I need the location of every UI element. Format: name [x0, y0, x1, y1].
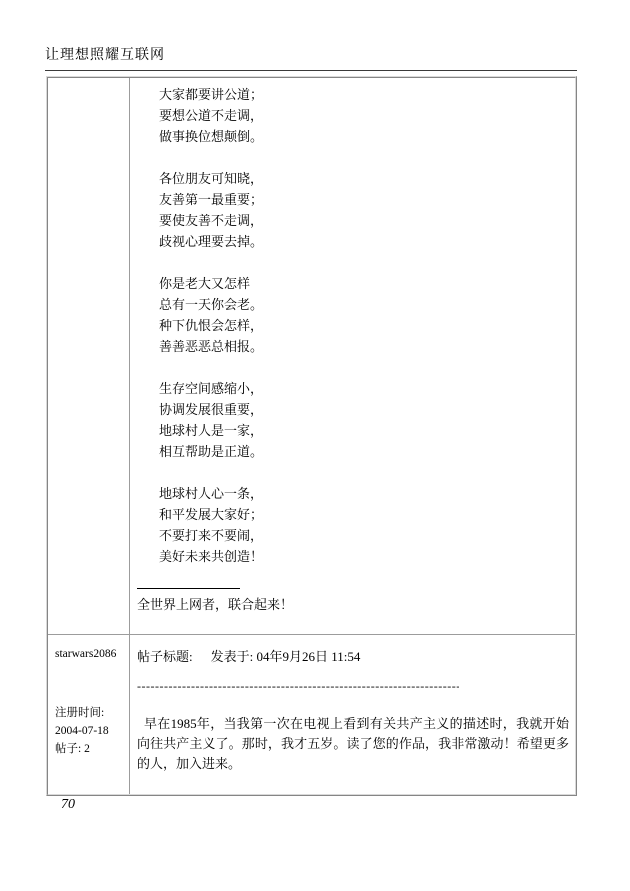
- poem-line: 相互帮助是正道。: [159, 441, 567, 462]
- dashed-divider: ----------------------------------------…: [137, 679, 459, 694]
- poem-stanza: 各位朋友可知晓， 友善第一最重要； 要使友善不走调， 歧视心理要去掉。: [159, 168, 567, 252]
- registered-date: 2004-07-18: [55, 722, 125, 740]
- poem-line: 地球村人心一条，: [159, 483, 567, 504]
- poem-stanza: 大家都要讲公道； 要想公道不走调， 做事换位想颠倒。: [159, 84, 567, 147]
- post-header: 帖子标题:发表于: 04年9月26日 11:54: [137, 646, 565, 665]
- registered-label: 注册时间:: [55, 704, 125, 722]
- poem-line: 美好未来共创造！: [159, 546, 567, 567]
- signature-divider: [137, 588, 240, 589]
- poem-line: 生存空间感缩小，: [159, 378, 567, 399]
- author-name: starwars2086: [55, 648, 125, 660]
- poem-line: 大家都要讲公道；: [159, 84, 567, 105]
- post-count: 帖子: 2: [55, 740, 125, 758]
- post-content-cell: 大家都要讲公道； 要想公道不走调， 做事换位想颠倒。 各位朋友可知晓， 友善第一…: [130, 78, 575, 635]
- poem-line: 不要打来不要闹，: [159, 525, 567, 546]
- poem-line: 地球村人是一家，: [159, 420, 567, 441]
- poem-line: 协调发展很重要，: [159, 399, 567, 420]
- poster-cell-empty: [48, 78, 130, 635]
- poem-stanza: 你是老大又怎样 总有一天你会老。 种下仇恨会怎样， 善善恶恶总相报。: [159, 273, 567, 357]
- signature-text: 全世界上网者，联合起来！: [137, 595, 567, 615]
- poem-line: 种下仇恨会怎样，: [159, 315, 567, 336]
- poem-stanza: 地球村人心一条， 和平发展大家好； 不要打来不要闹， 美好未来共创造！: [159, 483, 567, 567]
- poster-info-cell: starwars2086 注册时间: 2004-07-18 帖子: 2: [48, 635, 130, 794]
- site-title: 让理想照耀互联网: [45, 48, 165, 63]
- poem-line: 善善恶恶总相报。: [159, 336, 567, 357]
- forum-table: 大家都要讲公道； 要想公道不走调， 做事换位想颠倒。 各位朋友可知晓， 友善第一…: [46, 76, 577, 796]
- poem-line: 友善第一最重要；: [159, 189, 567, 210]
- post-body: 早在1985年，当我第一次在电视上看到有关共产主义的描述时，我就开始向往共产主义…: [137, 714, 569, 774]
- poem-line: 你是老大又怎样: [159, 273, 567, 294]
- post-date: 发表于: 04年9月26日 11:54: [211, 649, 361, 664]
- poem-line: 要想公道不走调，: [159, 105, 567, 126]
- page-number: 70: [61, 797, 75, 813]
- poem-line: 要使友善不走调，: [159, 210, 567, 231]
- poem: 大家都要讲公道； 要想公道不走调， 做事换位想颠倒。 各位朋友可知晓， 友善第一…: [159, 84, 567, 567]
- poem-line: 做事换位想颠倒。: [159, 126, 567, 147]
- poem-line: 各位朋友可知晓，: [159, 168, 567, 189]
- poem-line: 歧视心理要去掉。: [159, 231, 567, 252]
- reply-content-cell: 帖子标题:发表于: 04年9月26日 11:54 ---------------…: [130, 635, 575, 794]
- document-page: 让理想照耀互联网 大家都要讲公道； 要想公道不走调， 做事换位想颠倒。 各位朋友…: [0, 0, 630, 891]
- poem-line: 和平发展大家好；: [159, 504, 567, 525]
- post-title-label: 帖子标题:: [137, 649, 193, 664]
- page-header: 让理想照耀互联网: [45, 44, 577, 71]
- poem-line: 总有一天你会老。: [159, 294, 567, 315]
- poem-stanza: 生存空间感缩小， 协调发展很重要， 地球村人是一家， 相互帮助是正道。: [159, 378, 567, 462]
